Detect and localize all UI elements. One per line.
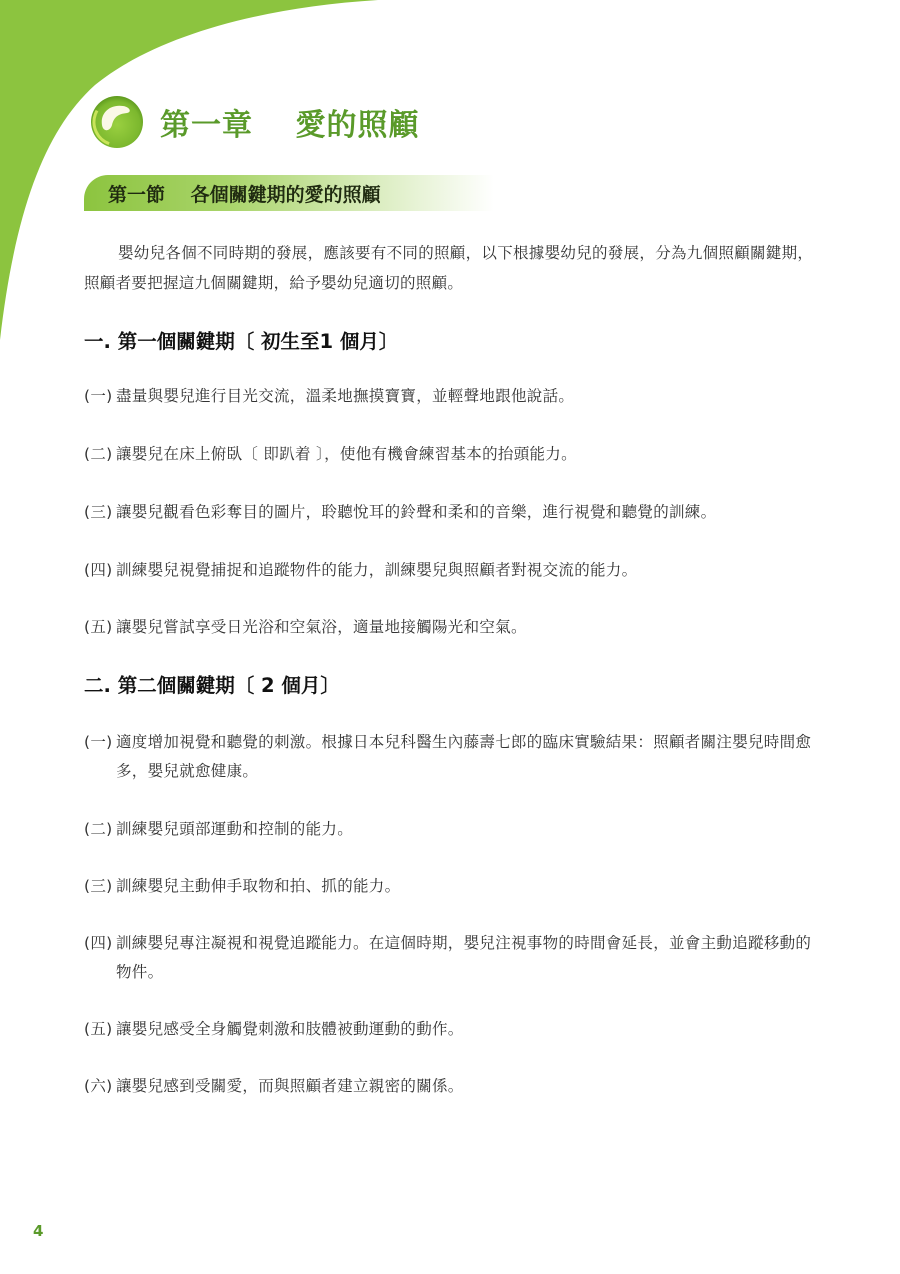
item-marker: (六) <box>84 1072 116 1101</box>
list-item: (三) 讓嬰兒觀看色彩奪目的圖片，聆聽悅耳的鈴聲和柔和的音樂，進行視覺和聽覺的訓… <box>84 498 824 527</box>
list-item: (五) 讓嬰兒嘗試享受日光浴和空氣浴，適量地接觸陽光和空氣。 <box>84 613 824 642</box>
item-text: 訓練嬰兒頭部運動和控制的能力。 <box>116 815 824 844</box>
item-marker: (四) <box>84 929 116 987</box>
list-item: (六) 讓嬰兒感到受關愛，而與照顧者建立親密的關係。 <box>84 1072 824 1101</box>
list-item: (二) 讓嬰兒在床上俯臥〔 即趴着 〕，使他有機會練習基本的抬頭能力。 <box>84 440 824 469</box>
page-number: 4 <box>33 1222 43 1240</box>
item-marker: (三) <box>84 498 116 527</box>
item-text: 訓練嬰兒視覺捕捉和追蹤物件的能力，訓練嬰兒與照顧者對視交流的能力。 <box>116 556 824 585</box>
item-marker: (二) <box>84 440 116 469</box>
item-marker: (五) <box>84 613 116 642</box>
item-text: 盡量與嬰兒進行目光交流，溫柔地撫摸寶寶，並輕聲地跟他說話。 <box>116 382 824 411</box>
item-marker: (一) <box>84 382 116 411</box>
chapter-header: 第一章 愛的照顧 <box>90 93 419 151</box>
list-item: (三) 訓練嬰兒主動伸手取物和拍、抓的能力。 <box>84 872 824 901</box>
item-text: 讓嬰兒嘗試享受日光浴和空氣浴，適量地接觸陽光和空氣。 <box>116 613 824 642</box>
list-item: (二) 訓練嬰兒頭部運動和控制的能力。 <box>84 815 824 844</box>
item-text: 讓嬰兒感到受關愛，而與照顧者建立親密的關係。 <box>116 1072 824 1101</box>
list-item: (四) 訓練嬰兒專注凝視和視覺追蹤能力。在這個時期，嬰兒注視事物的時間會延長，並… <box>84 929 824 987</box>
section-title: 第一節 各個關鍵期的愛的照顧 <box>108 180 381 207</box>
green-orb-icon <box>90 95 144 149</box>
list-item: (一) 盡量與嬰兒進行目光交流，溫柔地撫摸寶寶，並輕聲地跟他說話。 <box>84 382 824 411</box>
item-marker: (二) <box>84 815 116 844</box>
period-heading-1: 一. 第一個關鍵期〔 初生至1 個月〕 <box>84 326 398 354</box>
item-marker: (四) <box>84 556 116 585</box>
item-marker: (五) <box>84 1015 116 1044</box>
list-item: (一) 適度增加視覺和聽覺的刺激。根據日本兒科醫生內藤壽七郎的臨床實驗結果：照顧… <box>84 728 824 786</box>
intro-paragraph: 嬰幼兒各個不同時期的發展，應該要有不同的照顧，以下根據嬰幼兒的發展，分為九個照顧… <box>84 238 820 298</box>
list-item: (四) 訓練嬰兒視覺捕捉和追蹤物件的能力，訓練嬰兒與照顧者對視交流的能力。 <box>84 556 824 585</box>
item-marker: (一) <box>84 728 116 786</box>
period-heading-2: 二. 第二個關鍵期〔 2 個月〕 <box>84 670 340 698</box>
list-item: (五) 讓嬰兒感受全身觸覺刺激和肢體被動運動的動作。 <box>84 1015 824 1044</box>
section-bar: 第一節 各個關鍵期的愛的照顧 <box>84 175 494 211</box>
item-marker: (三) <box>84 872 116 901</box>
item-text: 訓練嬰兒專注凝視和視覺追蹤能力。在這個時期，嬰兒注視事物的時間會延長，並會主動追… <box>116 929 824 987</box>
item-text: 讓嬰兒觀看色彩奪目的圖片，聆聽悅耳的鈴聲和柔和的音樂，進行視覺和聽覺的訓練。 <box>116 498 824 527</box>
chapter-title: 第一章 愛的照顧 <box>160 100 419 144</box>
item-text: 適度增加視覺和聽覺的刺激。根據日本兒科醫生內藤壽七郎的臨床實驗結果：照顧者關注嬰… <box>116 728 824 786</box>
item-text: 訓練嬰兒主動伸手取物和拍、抓的能力。 <box>116 872 824 901</box>
item-text: 讓嬰兒在床上俯臥〔 即趴着 〕，使他有機會練習基本的抬頭能力。 <box>116 440 824 469</box>
item-text: 讓嬰兒感受全身觸覺刺激和肢體被動運動的動作。 <box>116 1015 824 1044</box>
